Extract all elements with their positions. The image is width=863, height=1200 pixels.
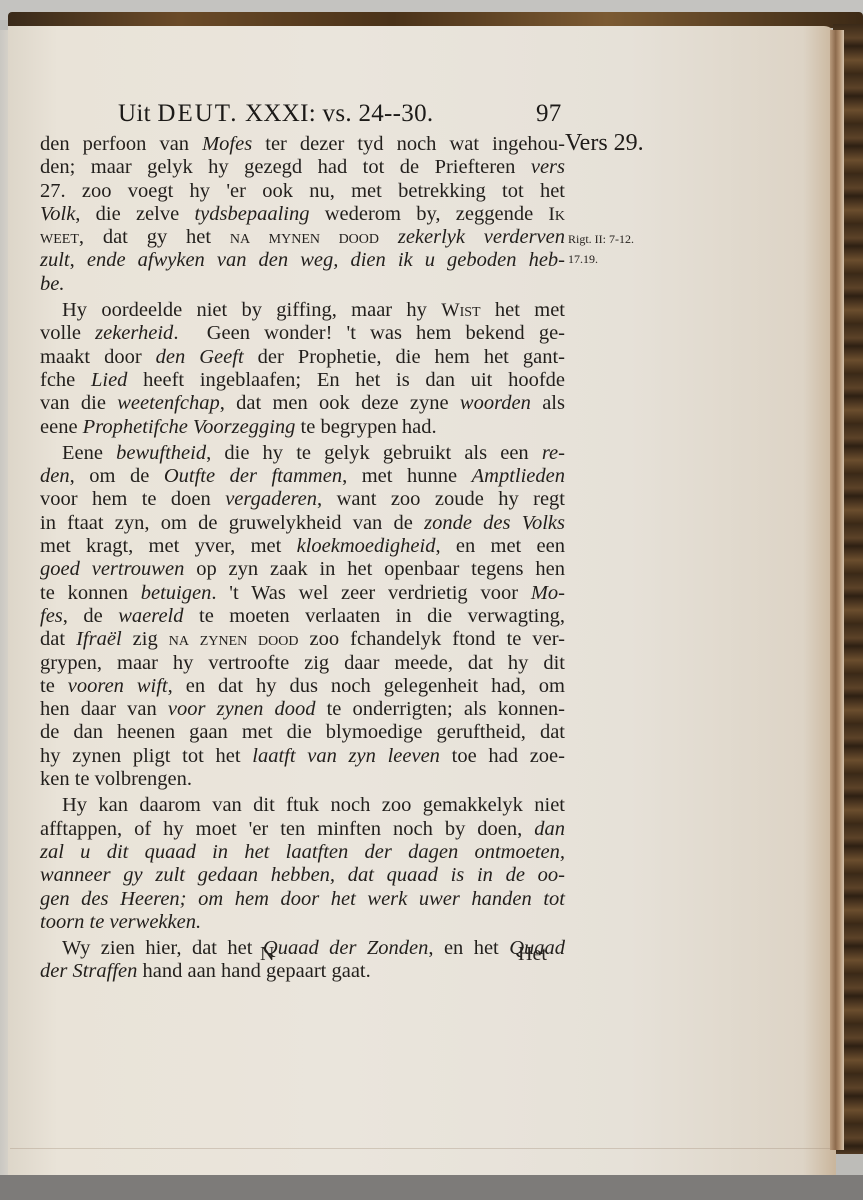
italic-text: Amptlieden (472, 465, 565, 487)
catchword: Het (518, 943, 547, 966)
italic-text: zekerlyk verderven (398, 226, 565, 248)
text-run: 27. zoo voegt hy 'er ook nu, met betrekk… (40, 180, 565, 202)
line-content: Hy oordeelde niet by giffing, maar hy Wi… (62, 299, 565, 322)
italic-text: zekerheid (95, 322, 173, 344)
text-line: wanneer gy zult gedaan hebben, dat quaad… (40, 864, 565, 887)
italic-text: Ifraël (76, 628, 122, 650)
text-line: zal u dit quaad in het laatften der dage… (40, 841, 565, 864)
running-head-verses: vs. 24--30. (323, 100, 434, 127)
text-run: ter dezer tyd noch wat ingehou- (252, 133, 565, 155)
text-run: Eene (62, 442, 116, 464)
text-run: , om de (70, 465, 164, 487)
line-content: Wy zien hier, dat het Quaad der Zonden, … (62, 937, 565, 960)
text-run: in ftaat zyn, om de gruwelykheid van de (40, 512, 424, 534)
text-line: toorn te verwekken. (40, 911, 565, 934)
paragraph: Eene bewuftheid, die hy te gelyk gebruik… (40, 442, 565, 791)
text-line: te konnen betuigen. 't Was wel zeer verd… (40, 582, 565, 605)
italic-text: bewuftheid (116, 442, 206, 464)
line-content: den; maar gelyk hy gezegd had tot de Pri… (40, 156, 565, 179)
small-caps-text: na zynen dood (169, 629, 299, 650)
text-run: hen daar van (40, 698, 168, 720)
italic-text: zonde des Volks (424, 512, 565, 534)
running-head-title: Uit DEUT. XXXI: vs. 24--30. (118, 100, 433, 128)
text-run: Hy oordeelde niet by giffing, maar hy (62, 299, 441, 321)
text-run: grypen, maar hy vertroofte zig daar meed… (40, 652, 565, 674)
text-line: de dan heenen gaan met die blymoedige ge… (40, 721, 565, 744)
italic-text: woorden (460, 392, 531, 414)
text-run: te onderrigten; als konnen- (315, 698, 565, 720)
text-line: Volk, die zelve tydsbepaaling wederom by… (40, 203, 565, 226)
line-content: van die weetenfchap, dat men ook deze zy… (40, 392, 565, 415)
text-run: Wy zien hier, dat het (62, 937, 263, 959)
italic-text: laatft van zyn leeven (252, 745, 440, 767)
line-content: volle zekerheid. Geen wonder! 't was hem… (40, 322, 565, 345)
text-run: , die hy te gelyk gebruikt als een (206, 442, 542, 464)
italic-text: wanneer gy zult gedaan hebben, dat quaad… (40, 864, 565, 886)
italic-text: der Straffen (40, 960, 137, 982)
text-run: , dat gy het (79, 226, 230, 248)
paragraph: Wy zien hier, dat het Quaad der Zonden, … (40, 937, 565, 984)
text-run: te begrypen had. (295, 416, 436, 438)
text-run: ken te volbrengen. (40, 768, 192, 790)
italic-text: Volk (40, 203, 75, 225)
line-content: te vooren wift, en dat hy dus noch geleg… (40, 675, 565, 698)
text-run: wederom by, zeggende (309, 203, 548, 225)
text-run: te moeten verlaaten in die verwagting, (184, 605, 565, 627)
italic-text: vers (531, 156, 565, 178)
line-content: toorn te verwekken. (40, 911, 201, 934)
line-content: te konnen betuigen. 't Was wel zeer verd… (40, 582, 565, 605)
italic-text: Outfte der ftammen (164, 465, 342, 487)
line-content: hen daar van voor zynen dood te onderrig… (40, 698, 565, 721)
text-line: voor hem te doen vergaderen, want zoo zo… (40, 488, 565, 511)
line-content: wanneer gy zult gedaan hebben, dat quaad… (40, 864, 565, 887)
italic-text: den (40, 465, 70, 487)
text-run: heeft ingeblaafen; En het is dan uit hoo… (127, 369, 565, 391)
italic-text: tydsbepaaling (194, 203, 309, 225)
margin-cross-reference: Rigt. II: 7-12. 17.19. (568, 229, 634, 269)
text-line: maakt door den Geeft der Prophetie, die … (40, 346, 565, 369)
line-content: met kragt, met yver, met kloekmoedigheid… (40, 535, 565, 558)
italic-text: ende afwyken van den weg, dien ik u gebo… (87, 249, 565, 271)
italic-text: vooren wift (68, 675, 168, 697)
line-content: fche Lied heeft ingeblaafen; En het is d… (40, 369, 565, 392)
cross-reference-line-2: 17.19. (568, 249, 634, 269)
paragraph: den perfoon van Mofes ter dezer tyd noch… (40, 133, 565, 296)
italic-text: weetenfchap (117, 392, 219, 414)
small-caps-text: Ik (548, 204, 565, 225)
text-run (379, 226, 398, 248)
line-content: fes, de waereld te moeten verlaaten in d… (40, 605, 565, 628)
line-content: goed vertrouwen op zyn zaak in het openb… (40, 558, 565, 581)
text-line: gen des Heeren; om hem door het werk uwe… (40, 888, 565, 911)
line-content: weet, dat gy het na mynen dood zekerlyk … (40, 226, 565, 249)
text-run: eene (40, 416, 83, 438)
text-run: afftappen, of hy moet 'er ten minften no… (40, 818, 534, 840)
text-run: der Prophetie, die hem het gant- (244, 346, 565, 368)
text-run: toe had zoe- (440, 745, 565, 767)
text-run: te (40, 675, 68, 697)
line-content: den perfoon van Mofes ter dezer tyd noch… (40, 133, 565, 156)
text-run: zoo fchandelyk ftond te ver- (298, 628, 565, 650)
text-line: den; maar gelyk hy gezegd had tot de Pri… (40, 156, 565, 179)
text-run: volle (40, 322, 95, 344)
line-content: voor hem te doen vergaderen, want zoo zo… (40, 488, 565, 511)
signature-mark: N (260, 943, 274, 966)
italic-text: Mo- (531, 582, 565, 604)
italic-text: waereld (118, 605, 183, 627)
italic-text: Lied (91, 369, 127, 391)
italic-text: goed vertrouwen (40, 558, 184, 580)
text-line: der Straffen hand aan hand gepaart gaat. (40, 960, 565, 983)
text-line: te vooren wift, en dat hy dus noch geleg… (40, 675, 565, 698)
table-surface (0, 1175, 863, 1200)
line-content: grypen, maar hy vertroofte zig daar meed… (40, 652, 565, 675)
text-run: hy zynen pligt tot het (40, 745, 252, 767)
water-stain-line (10, 1148, 830, 1151)
italic-text: voor zynen dood (168, 698, 316, 720)
line-content: Hy kan daarom van dit ftuk noch zoo gema… (62, 794, 565, 817)
text-line: hy zynen pligt tot het laatft van zyn le… (40, 745, 565, 768)
text-line: hen daar van voor zynen dood te onderrig… (40, 698, 565, 721)
text-run: te konnen (40, 582, 141, 604)
italic-text: gen des Heeren; om hem door het werk uwe… (40, 888, 565, 910)
paragraph: Hy oordeelde niet by giffing, maar hy Wi… (40, 299, 565, 439)
text-run: , (70, 249, 87, 271)
cross-reference-line-1: Rigt. II: 7-12. (568, 229, 634, 249)
small-caps-text: weet (40, 227, 79, 248)
text-run: den; maar gelyk hy gezegd had tot de Pri… (40, 156, 531, 178)
text-run: maakt door (40, 346, 156, 368)
text-line: weet, dat gy het na mynen dood zekerlyk … (40, 226, 565, 249)
running-head-chapter: XXXI: (245, 100, 316, 127)
line-content: in ftaat zyn, om de gruwelykheid van de … (40, 512, 565, 535)
text-run: zig (122, 628, 169, 650)
italic-text: dan (534, 818, 565, 840)
text-line: Hy kan daarom van dit ftuk noch zoo gema… (40, 794, 565, 817)
line-content: Eene bewuftheid, die hy te gelyk gebruik… (62, 442, 565, 465)
small-caps-text: na mynen dood (230, 227, 379, 248)
italic-text: Quaad der Zonden (263, 937, 428, 959)
line-content: dat Ifraël zig na zynen dood zoo fchande… (40, 628, 565, 651)
text-run: met kragt, met yver, met (40, 535, 297, 557)
text-run: het met (481, 299, 565, 321)
paragraph: Hy kan daarom van dit ftuk noch zoo gema… (40, 794, 565, 934)
margin-verse-reference: Vers 29. (565, 130, 644, 157)
line-content: 27. zoo voegt hy 'er ook nu, met betrekk… (40, 180, 565, 203)
text-run: Hy kan daarom van dit ftuk noch zoo gema… (62, 794, 565, 816)
line-content: Volk, die zelve tydsbepaaling wederom by… (40, 203, 565, 226)
running-head-prefix: Uit (118, 100, 151, 127)
text-run: , de (63, 605, 118, 627)
italic-text: den Geeft (156, 346, 244, 368)
text-run: , en met een (435, 535, 565, 557)
italic-text: fes (40, 605, 63, 627)
line-content: be. (40, 273, 64, 296)
text-run: . 't Was wel zeer verdrietig voor (211, 582, 531, 604)
italic-text: Mofes (202, 133, 252, 155)
italic-text: betuigen (141, 582, 212, 604)
text-run: fche (40, 369, 91, 391)
text-run: , en het (428, 937, 509, 959)
line-content: de dan heenen gaan met die blymoedige ge… (40, 721, 565, 744)
text-run: den perfoon van (40, 133, 202, 155)
text-line: den, om de Outfte der ftammen, met hunne… (40, 465, 565, 488)
line-content: maakt door den Geeft der Prophetie, die … (40, 346, 565, 369)
body-text: den perfoon van Mofes ter dezer tyd noch… (40, 133, 565, 984)
text-line: ken te volbrengen. (40, 768, 565, 791)
line-content: hy zynen pligt tot het laatft van zyn le… (40, 745, 565, 768)
text-line: goed vertrouwen op zyn zaak in het openb… (40, 558, 565, 581)
text-line: met kragt, met yver, met kloekmoedigheid… (40, 535, 565, 558)
text-line: eene Prophetifche Voorzegging te begrype… (40, 416, 565, 439)
text-run: de dan heenen gaan met die blymoedige ge… (40, 721, 565, 743)
text-run: , en dat hy dus noch gelegenheit had, om (168, 675, 565, 697)
text-line: den perfoon van Mofes ter dezer tyd noch… (40, 133, 565, 156)
text-run: , die zelve (75, 203, 194, 225)
text-line: fes, de waereld te moeten verlaaten in d… (40, 605, 565, 628)
italic-text: zal u dit quaad in het laatften der dage… (40, 841, 565, 863)
text-line: afftappen, of hy moet 'er ten minften no… (40, 818, 565, 841)
italic-text: re- (542, 442, 565, 464)
line-content: den, om de Outfte der ftammen, met hunne… (40, 465, 565, 488)
text-line: 27. zoo voegt hy 'er ook nu, met betrekk… (40, 180, 565, 203)
text-line: volle zekerheid. Geen wonder! 't was hem… (40, 322, 565, 345)
text-line: zult, ende afwyken van den weg, dien ik … (40, 249, 565, 272)
text-run: , met hunne (342, 465, 472, 487)
running-head-book: DEUT. (157, 100, 238, 127)
line-content: gen des Heeren; om hem door het werk uwe… (40, 888, 565, 911)
text-line: van die weetenfchap, dat men ook deze zy… (40, 392, 565, 415)
italic-text: toorn te verwekken. (40, 911, 201, 933)
italic-text: kloekmoedigheid (297, 535, 436, 557)
italic-text: be. (40, 273, 64, 295)
text-run: . Geen wonder! 't was hem bekend ge- (173, 322, 565, 344)
italic-text: Prophetifche Voorzegging (83, 416, 296, 438)
line-content: der Straffen hand aan hand gepaart gaat. (40, 960, 371, 983)
text-line: Hy oordeelde niet by giffing, maar hy Wi… (40, 299, 565, 322)
text-line: be. (40, 273, 565, 296)
text-run: als (531, 392, 565, 414)
text-line: dat Ifraël zig na zynen dood zoo fchande… (40, 628, 565, 651)
page-block-edges (830, 30, 844, 1150)
text-line: Wy zien hier, dat het Quaad der Zonden, … (40, 937, 565, 960)
line-content: zal u dit quaad in het laatften der dage… (40, 841, 565, 864)
text-run: voor hem te doen (40, 488, 225, 510)
line-content: afftappen, of hy moet 'er ten minften no… (40, 818, 565, 841)
text-line: fche Lied heeft ingeblaafen; En het is d… (40, 369, 565, 392)
italic-text: vergaderen (225, 488, 317, 510)
text-run: , dat men ook deze zyne (220, 392, 460, 414)
small-caps-text: Wist (441, 300, 480, 321)
text-run: hand aan hand gepaart gaat. (137, 960, 370, 982)
text-line: Eene bewuftheid, die hy te gelyk gebruik… (40, 442, 565, 465)
text-run: op zyn zaak in het openbaar tegens hen (184, 558, 565, 580)
text-run: dat (40, 628, 76, 650)
line-content: eene Prophetifche Voorzegging te begrype… (40, 416, 437, 439)
text-line: in ftaat zyn, om de gruwelykheid van de … (40, 512, 565, 535)
text-run: van die (40, 392, 117, 414)
page-number: 97 (536, 100, 562, 128)
text-run: , want zoo zoude hy regt (317, 488, 565, 510)
line-content: ken te volbrengen. (40, 768, 192, 791)
italic-text: zult (40, 249, 70, 271)
text-line: grypen, maar hy vertroofte zig daar meed… (40, 652, 565, 675)
running-head: Uit DEUT. XXXI: vs. 24--30. 97 (118, 100, 578, 132)
line-content: zult, ende afwyken van den weg, dien ik … (40, 249, 565, 272)
